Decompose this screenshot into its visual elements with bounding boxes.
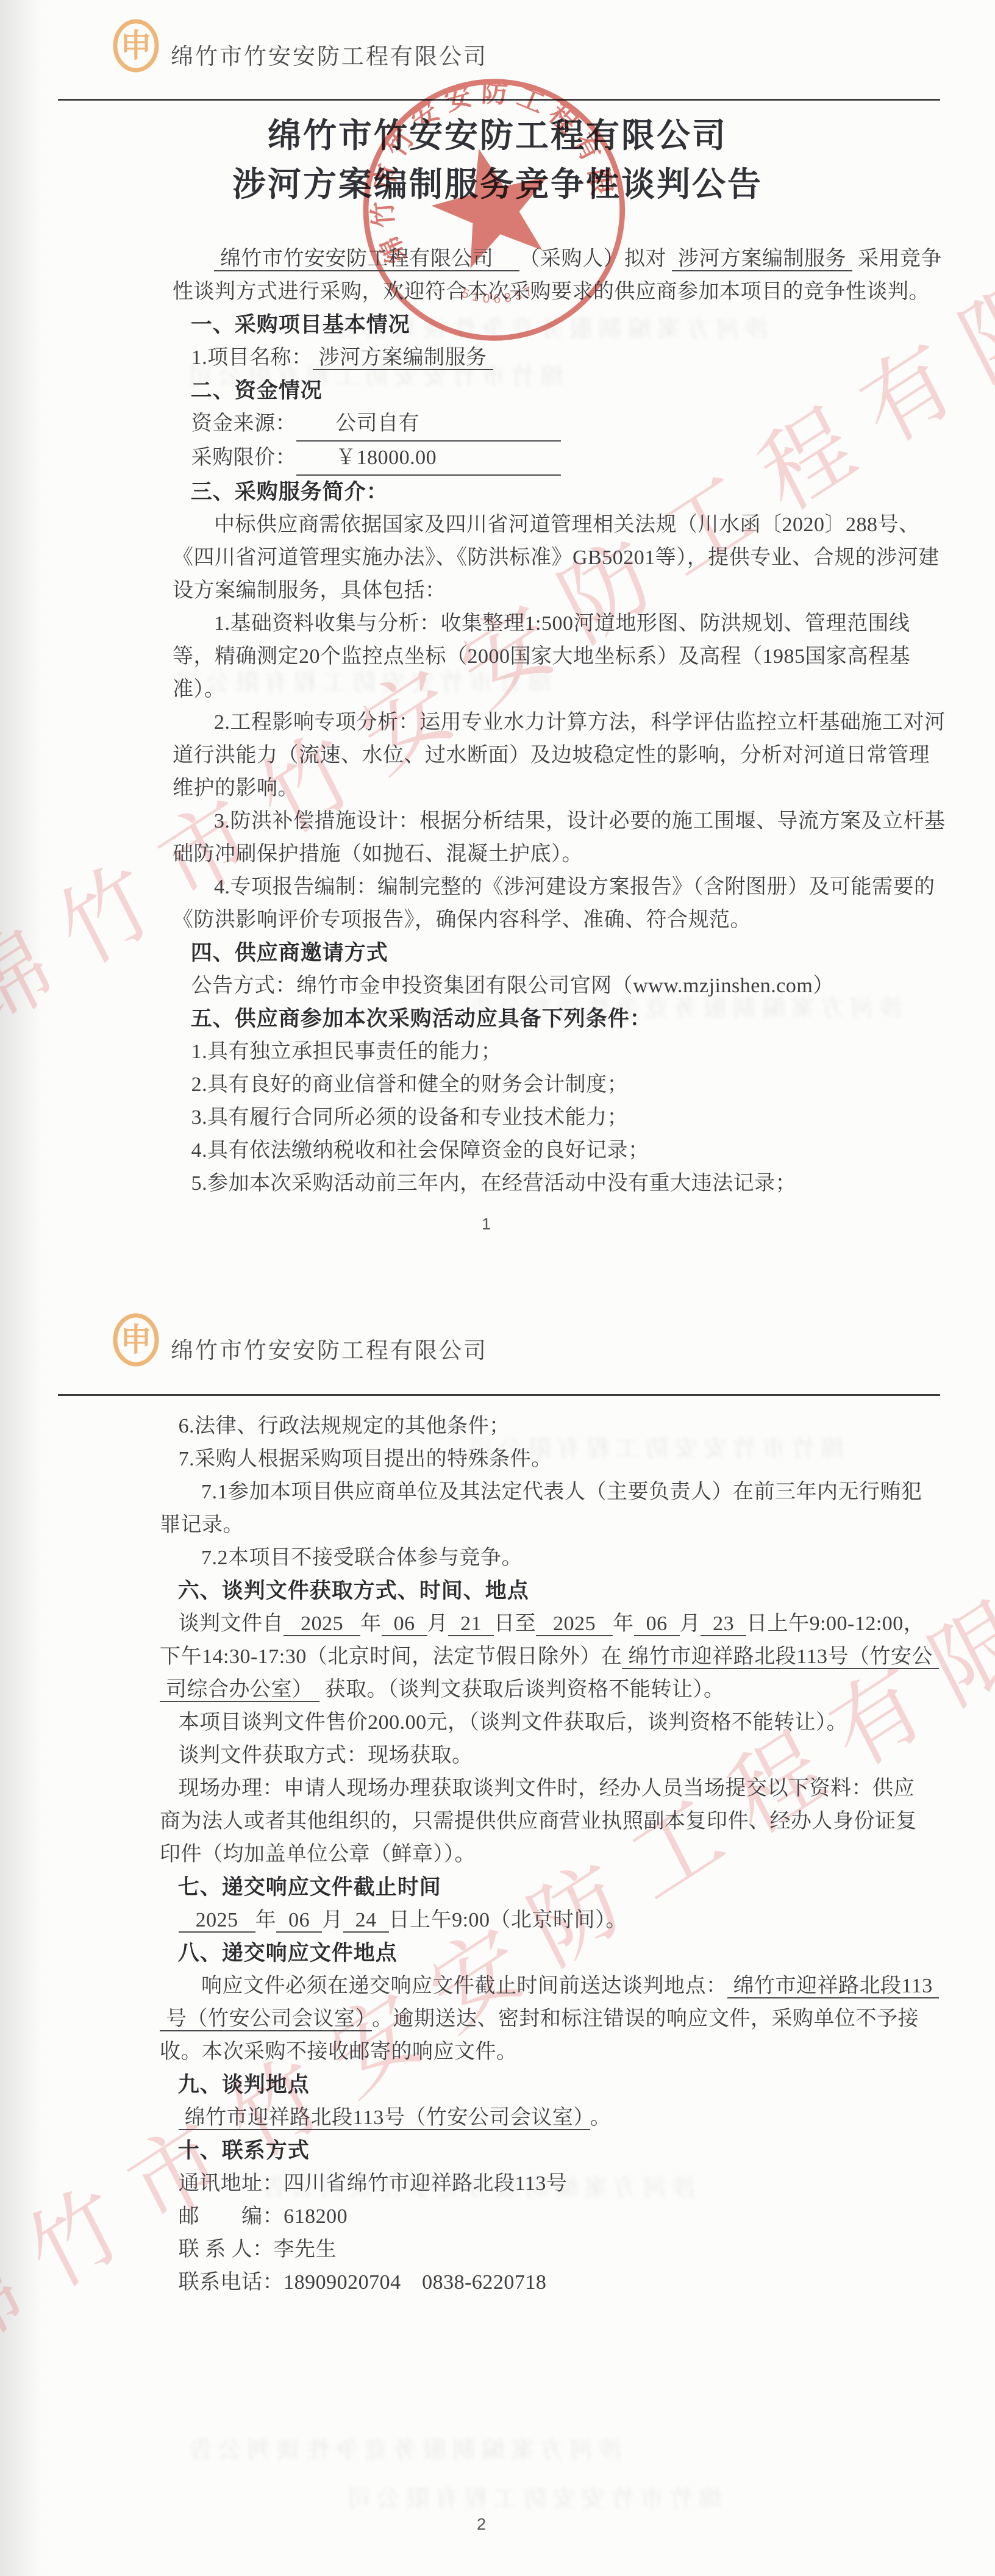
- document-scan: 绵竹市竹安安防工程有限公司 绵竹市竹安安防工程有限公司 涉河方案编制服务竞争性谈…: [0, 0, 995, 2576]
- to-label: 日至: [494, 1612, 536, 1635]
- condition-item-2: 2.具有良好的商业信誉和健全的财务会计制度；: [173, 1068, 946, 1101]
- submit-place-text-a: 响应文件必须在递交响应文件截止时间前送达谈判地点：: [201, 1975, 727, 1997]
- condition-item-7-1: 7.1参加本项目供应商单位及其法定代表人（主要负责人）在前三年内无行贿犯罪记录。: [160, 1476, 934, 1542]
- negotiation-address-blank: 绵竹市迎祥路北段113号（竹安公司会议室）: [179, 2106, 590, 2130]
- section3-heading: 三、采购服务简介：: [173, 476, 946, 509]
- contact-phone-row: 联系电话：18909020704 0838-6220718: [160, 2266, 934, 2299]
- fund-source-row: 资金来源：公司自有: [173, 407, 946, 442]
- start-year-blank: 2025: [284, 1612, 360, 1636]
- deadline-row: 2025年06月24日上午9:00（北京时间）。: [160, 1904, 934, 1937]
- negotiation-place-period: 。: [590, 2106, 612, 2129]
- month-label: 月: [680, 1612, 701, 1635]
- start-day-blank: 21: [448, 1612, 494, 1636]
- purchaser-name-blank: 绵竹市竹安安防工程有限公司: [214, 248, 519, 271]
- service-item-2: 2.工程影响专项分析：运用专业水力计算方法，科学评估监控立杆基础施工对河道行洪能…: [173, 706, 946, 805]
- submit-place-paragraph: 响应文件必须在递交响应文件截止时间前送达谈判地点：绵竹市迎祥路北段113号（竹安…: [160, 1970, 934, 2069]
- price-limit-value: ￥18000.00: [296, 442, 561, 476]
- deadline-month-blank: 06: [276, 1909, 322, 1933]
- logo-glyph: 申: [120, 1323, 152, 1358]
- fund-source-label: 资金来源：: [191, 412, 297, 435]
- section10-heading: 十、联系方式: [160, 2134, 934, 2167]
- month-label: 月: [322, 1909, 343, 1931]
- obtain-text-a: 谈判文件自: [179, 1612, 284, 1635]
- project-name-label: 1.项目名称：: [191, 346, 313, 369]
- project-name-blank: 涉河方案编制服务: [672, 248, 852, 271]
- header-company-name: 绵竹市竹安安防工程有限公司: [171, 38, 488, 71]
- scan-edge-shadow: [0, 0, 43, 2576]
- contact-zip-row: 邮 编：618200: [160, 2200, 934, 2233]
- page1-number: 1: [482, 1215, 491, 1234]
- obtain-text-c: 获取。（谈判文获取后谈判资格不能转让）。: [325, 1678, 725, 1701]
- section1-heading: 一、采购项目基本情况: [173, 309, 946, 342]
- year-label: 年: [613, 1612, 634, 1635]
- condition-item-6: 6.法律、行政法规规定的其他条件；: [160, 1410, 934, 1443]
- onsite-procedure-paragraph: 现场办理：申请人现场办理获取谈判文件时，经办人员当场提交以下资料：供应商为法人或…: [160, 1772, 934, 1871]
- section7-heading: 七、递交响应文件截止时间: [160, 1871, 934, 1904]
- year-label: 年: [360, 1612, 382, 1635]
- price-limit-label: 采购限价：: [191, 446, 297, 469]
- section9-heading: 九、谈判地点: [160, 2069, 934, 2102]
- start-month-blank: 06: [382, 1612, 427, 1636]
- section5-heading: 五、供应商参加本次采购活动应具备下列条件：: [173, 1003, 946, 1036]
- condition-item-5: 5.参加本次采购活动前三年内，在经营活动中没有重大违法记录；: [173, 1167, 946, 1200]
- service-item-4: 4.专项报告编制：编制完整的《涉河建设方案报告》（含附图册）及可能需要的《防洪影…: [173, 871, 946, 937]
- section4-heading: 四、供应商邀请方式: [173, 937, 946, 970]
- condition-item-4: 4.具有依法缴纳税收和社会保障资金的良好记录；: [173, 1134, 946, 1167]
- condition-item-7-2: 7.2本项目不接受联合体参与竞争。: [160, 1542, 934, 1575]
- condition-item-7: 7.采购人根据采购项目提出的特殊条件。: [160, 1443, 934, 1476]
- page2-content: 6.法律、行政法规规定的其他条件； 7.采购人根据采购项目提出的特殊条件。 7.…: [160, 1410, 934, 2299]
- condition-item-3: 3.具有履行合同所必须的设备和专业技术能力；: [173, 1101, 946, 1134]
- price-limit-row: 采购限价：￥18000.00: [173, 442, 946, 476]
- contact-address-row: 通讯地址：四川省绵竹市迎祥路北段113号: [160, 2167, 934, 2200]
- bleed-through-text: 绵竹市竹安安防工程有限公司: [341, 2480, 722, 2513]
- logo-glyph: 申: [120, 29, 152, 64]
- doc-price-paragraph: 本项目谈判文件售价200.00元，（谈判文件获取后，谈判资格不能转让）。: [160, 1706, 934, 1739]
- section8-heading: 八、递交响应文件地点: [160, 1937, 934, 1970]
- section2-heading: 二、资金情况: [173, 374, 946, 407]
- service-item-1: 1.基础资料收集与分析：收集整理1:500河道地形图、防洪规划、管理范围线等，精…: [173, 607, 946, 706]
- service-intro-paragraph: 中标供应商需依据国家及四川省河道管理相关法规（川水函〔2020〕288号、《四川…: [173, 509, 946, 607]
- contact-person-row: 联 系 人：李先生: [160, 2233, 934, 2266]
- intro-text-1: （采购人）拟对: [519, 248, 667, 270]
- announce-method-row: 公告方式：绵竹市金申投资集团有限公司官网（www.mzjinshen.com）: [173, 970, 946, 1003]
- negotiation-place-row: 绵竹市迎祥路北段113号（竹安公司会议室）。: [160, 2102, 934, 2134]
- end-day-blank: 23: [701, 1612, 746, 1636]
- page2-number: 2: [477, 2515, 486, 2534]
- end-month-blank: 06: [634, 1612, 680, 1636]
- header-company-name: 绵竹市竹安安防工程有限公司: [171, 1332, 488, 1365]
- intro-paragraph: 绵竹市竹安安防工程有限公司（采购人）拟对 涉河方案编制服务 采用竞争性谈判方式进…: [173, 243, 946, 309]
- end-year-blank: 2025: [536, 1612, 613, 1636]
- deadline-rest-text: 日上午9:00（北京时间）。: [389, 1909, 627, 1931]
- year-label: 年: [255, 1909, 277, 1931]
- doc-obtain-paragraph: 谈判文件自2025年06月21日至2025年06月23日上午9:00-12:00…: [160, 1608, 934, 1706]
- service-item-3: 3.防洪补偿措施设计：根据分析结果，设计必要的施工围堰、导流方案及立杆基础防冲刷…: [173, 805, 946, 871]
- fund-source-value: 公司自有: [296, 407, 561, 442]
- month-label: 月: [427, 1612, 449, 1635]
- section6-heading: 六、谈判文件获取方式、时间、地点: [160, 1575, 934, 1608]
- header-rule: [58, 1394, 940, 1396]
- deadline-year-blank: 2025: [179, 1909, 255, 1933]
- project-name-value: 涉河方案编制服务: [313, 346, 493, 370]
- company-logo: 申: [112, 18, 160, 76]
- deadline-day-blank: 24: [343, 1909, 389, 1933]
- project-name-row: 1.项目名称：涉河方案编制服务: [173, 342, 946, 374]
- condition-item-1: 1.具有独立承担民事责任的能力；: [173, 1036, 946, 1068]
- doc-mode-paragraph: 谈判文件获取方式：现场获取。: [160, 1739, 934, 1772]
- company-logo: 申: [112, 1312, 160, 1370]
- bleed-through-text: 涉河方案编制服务竞争性谈判公告: [183, 2431, 622, 2464]
- page1-content: 绵竹市竹安安防工程有限公司（采购人）拟对 涉河方案编制服务 采用竞争性谈判方式进…: [173, 243, 946, 1200]
